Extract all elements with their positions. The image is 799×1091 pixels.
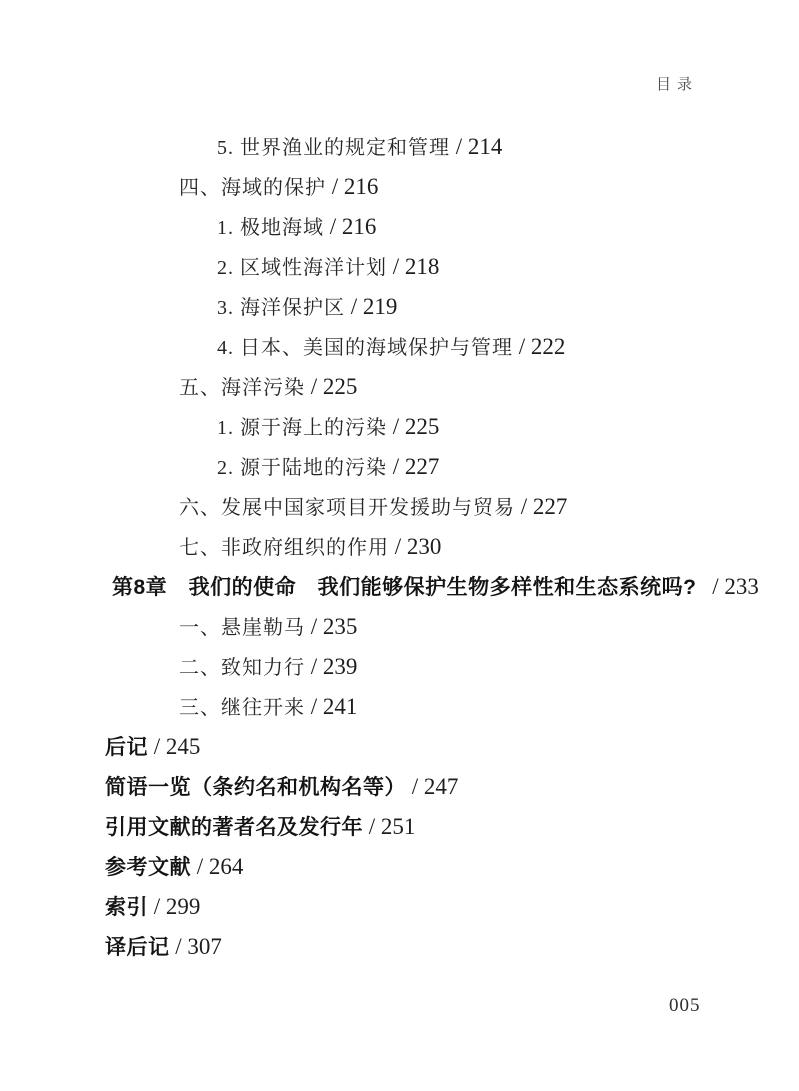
toc-entry-page: 245 [166,734,201,759]
toc-entry-label: 5. 世界渔业的规定和管理 [217,137,450,159]
toc-entry-page: 214 [468,134,503,159]
toc-entry-separator: / [148,894,166,919]
toc-entry-page: 216 [344,174,379,199]
toc-entry-separator: / [305,694,323,719]
toc-entry: 3. 海洋保护区 / 219 [0,287,799,327]
toc-entry-label: 2. 源于陆地的污染 [217,457,387,479]
toc-entry-separator: / [170,934,188,959]
table-of-contents: 5. 世界渔业的规定和管理 / 214四、海域的保护 / 2161. 极地海域 … [0,127,799,967]
toc-entry-separator: / [148,734,166,759]
toc-entry-page: 299 [166,894,201,919]
toc-entry-label: 索引 [105,896,148,919]
toc-entry-label: 三、继往开来 [179,697,305,719]
toc-entry: 七、非政府组织的作用 / 230 [0,527,799,567]
toc-entry: 2. 区域性海洋计划 / 218 [0,247,799,287]
toc-entry-label: 1. 极地海域 [217,217,324,239]
toc-entry: 简语一览（条约名和机构名等） / 247 [0,767,799,807]
toc-entry: 五、海洋污染 / 225 [0,367,799,407]
toc-entry-label: 简语一览（条约名和机构名等） [105,776,406,799]
toc-entry-separator: / [387,254,405,279]
toc-entry: 参考文献 / 264 [0,847,799,887]
toc-entry: 一、悬崖勒马 / 235 [0,607,799,647]
toc-entry-separator: / [191,854,209,879]
toc-entry-separator: / [324,214,342,239]
toc-entry-separator: / [406,774,424,799]
toc-entry-label: 后记 [105,736,148,759]
toc-entry-label: 4. 日本、美国的海域保护与管理 [217,337,513,359]
toc-entry-label: 3. 海洋保护区 [217,297,345,319]
toc-entry-label: 四、海域的保护 [179,177,326,199]
toc-entry-page: 216 [342,214,377,239]
toc-entry-separator: / [387,454,405,479]
toc-entry-separator: / [389,534,407,559]
toc-entry-page: 222 [531,334,566,359]
toc-entry-page: 227 [405,454,440,479]
toc-entry-label: 译后记 [105,936,170,959]
toc-entry: 1. 源于海上的污染 / 225 [0,407,799,447]
toc-entry-separator: / [387,414,405,439]
toc-entry-page: 241 [323,694,358,719]
toc-entry-page: 230 [407,534,442,559]
toc-entry-separator: / [515,494,533,519]
toc-entry: 四、海域的保护 / 216 [0,167,799,207]
toc-entry-separator: / [345,294,363,319]
toc-entry-page: 233 [724,574,759,599]
toc-entry-label: 七、非政府组织的作用 [179,537,389,559]
toc-entry: 2. 源于陆地的污染 / 227 [0,447,799,487]
toc-entry-label: 2. 区域性海洋计划 [217,257,387,279]
toc-entry-separator: / [450,134,468,159]
toc-entry: 5. 世界渔业的规定和管理 / 214 [0,127,799,167]
toc-entry: 后记 / 245 [0,727,799,767]
toc-entry-separator: / [363,814,381,839]
toc-entry-separator: / [513,334,531,359]
toc-entry: 索引 / 299 [0,887,799,927]
toc-entry-page: 251 [381,814,416,839]
toc-entry-page: 225 [405,414,440,439]
toc-entry: 引用文献的著者名及发行年 / 251 [0,807,799,847]
toc-entry-page: 264 [209,854,244,879]
toc-entry: 第8章 我们的使命 我们能够保护生物多样性和生态系统吗? / 233 [0,567,799,607]
toc-entry-page: 218 [405,254,440,279]
toc-entry-page: 235 [323,614,358,639]
toc-entry: 译后记 / 307 [0,927,799,967]
toc-entry-label: 五、海洋污染 [179,377,305,399]
toc-entry: 1. 极地海域 / 216 [0,207,799,247]
page-number: 005 [669,995,701,1017]
toc-entry-label: 一、悬崖勒马 [179,617,305,639]
toc-entry-label: 引用文献的著者名及发行年 [105,816,363,839]
toc-entry-label: 第8章 我们的使命 我们能够保护生物多样性和生态系统吗? [112,576,697,599]
toc-entry-separator: / [326,174,344,199]
toc-entry: 六、发展中国家项目开发援助与贸易 / 227 [0,487,799,527]
page-header: 目录 [656,73,698,94]
toc-entry-label: 六、发展中国家项目开发援助与贸易 [179,497,515,519]
toc-entry-page: 225 [323,374,358,399]
toc-entry-label: 二、致知力行 [179,657,305,679]
toc-entry-separator: / [305,654,323,679]
toc-entry-label: 参考文献 [105,856,191,879]
toc-entry-page: 247 [424,774,459,799]
toc-entry-page: 219 [363,294,398,319]
toc-entry-separator: / [305,374,323,399]
toc-entry-page: 227 [533,494,568,519]
toc-entry-separator: / [697,574,725,599]
toc-entry-label: 1. 源于海上的污染 [217,417,387,439]
toc-entry-separator: / [305,614,323,639]
toc-entry: 三、继往开来 / 241 [0,687,799,727]
toc-entry: 4. 日本、美国的海域保护与管理 / 222 [0,327,799,367]
toc-entry: 二、致知力行 / 239 [0,647,799,687]
toc-entry-page: 239 [323,654,358,679]
toc-entry-page: 307 [187,934,222,959]
